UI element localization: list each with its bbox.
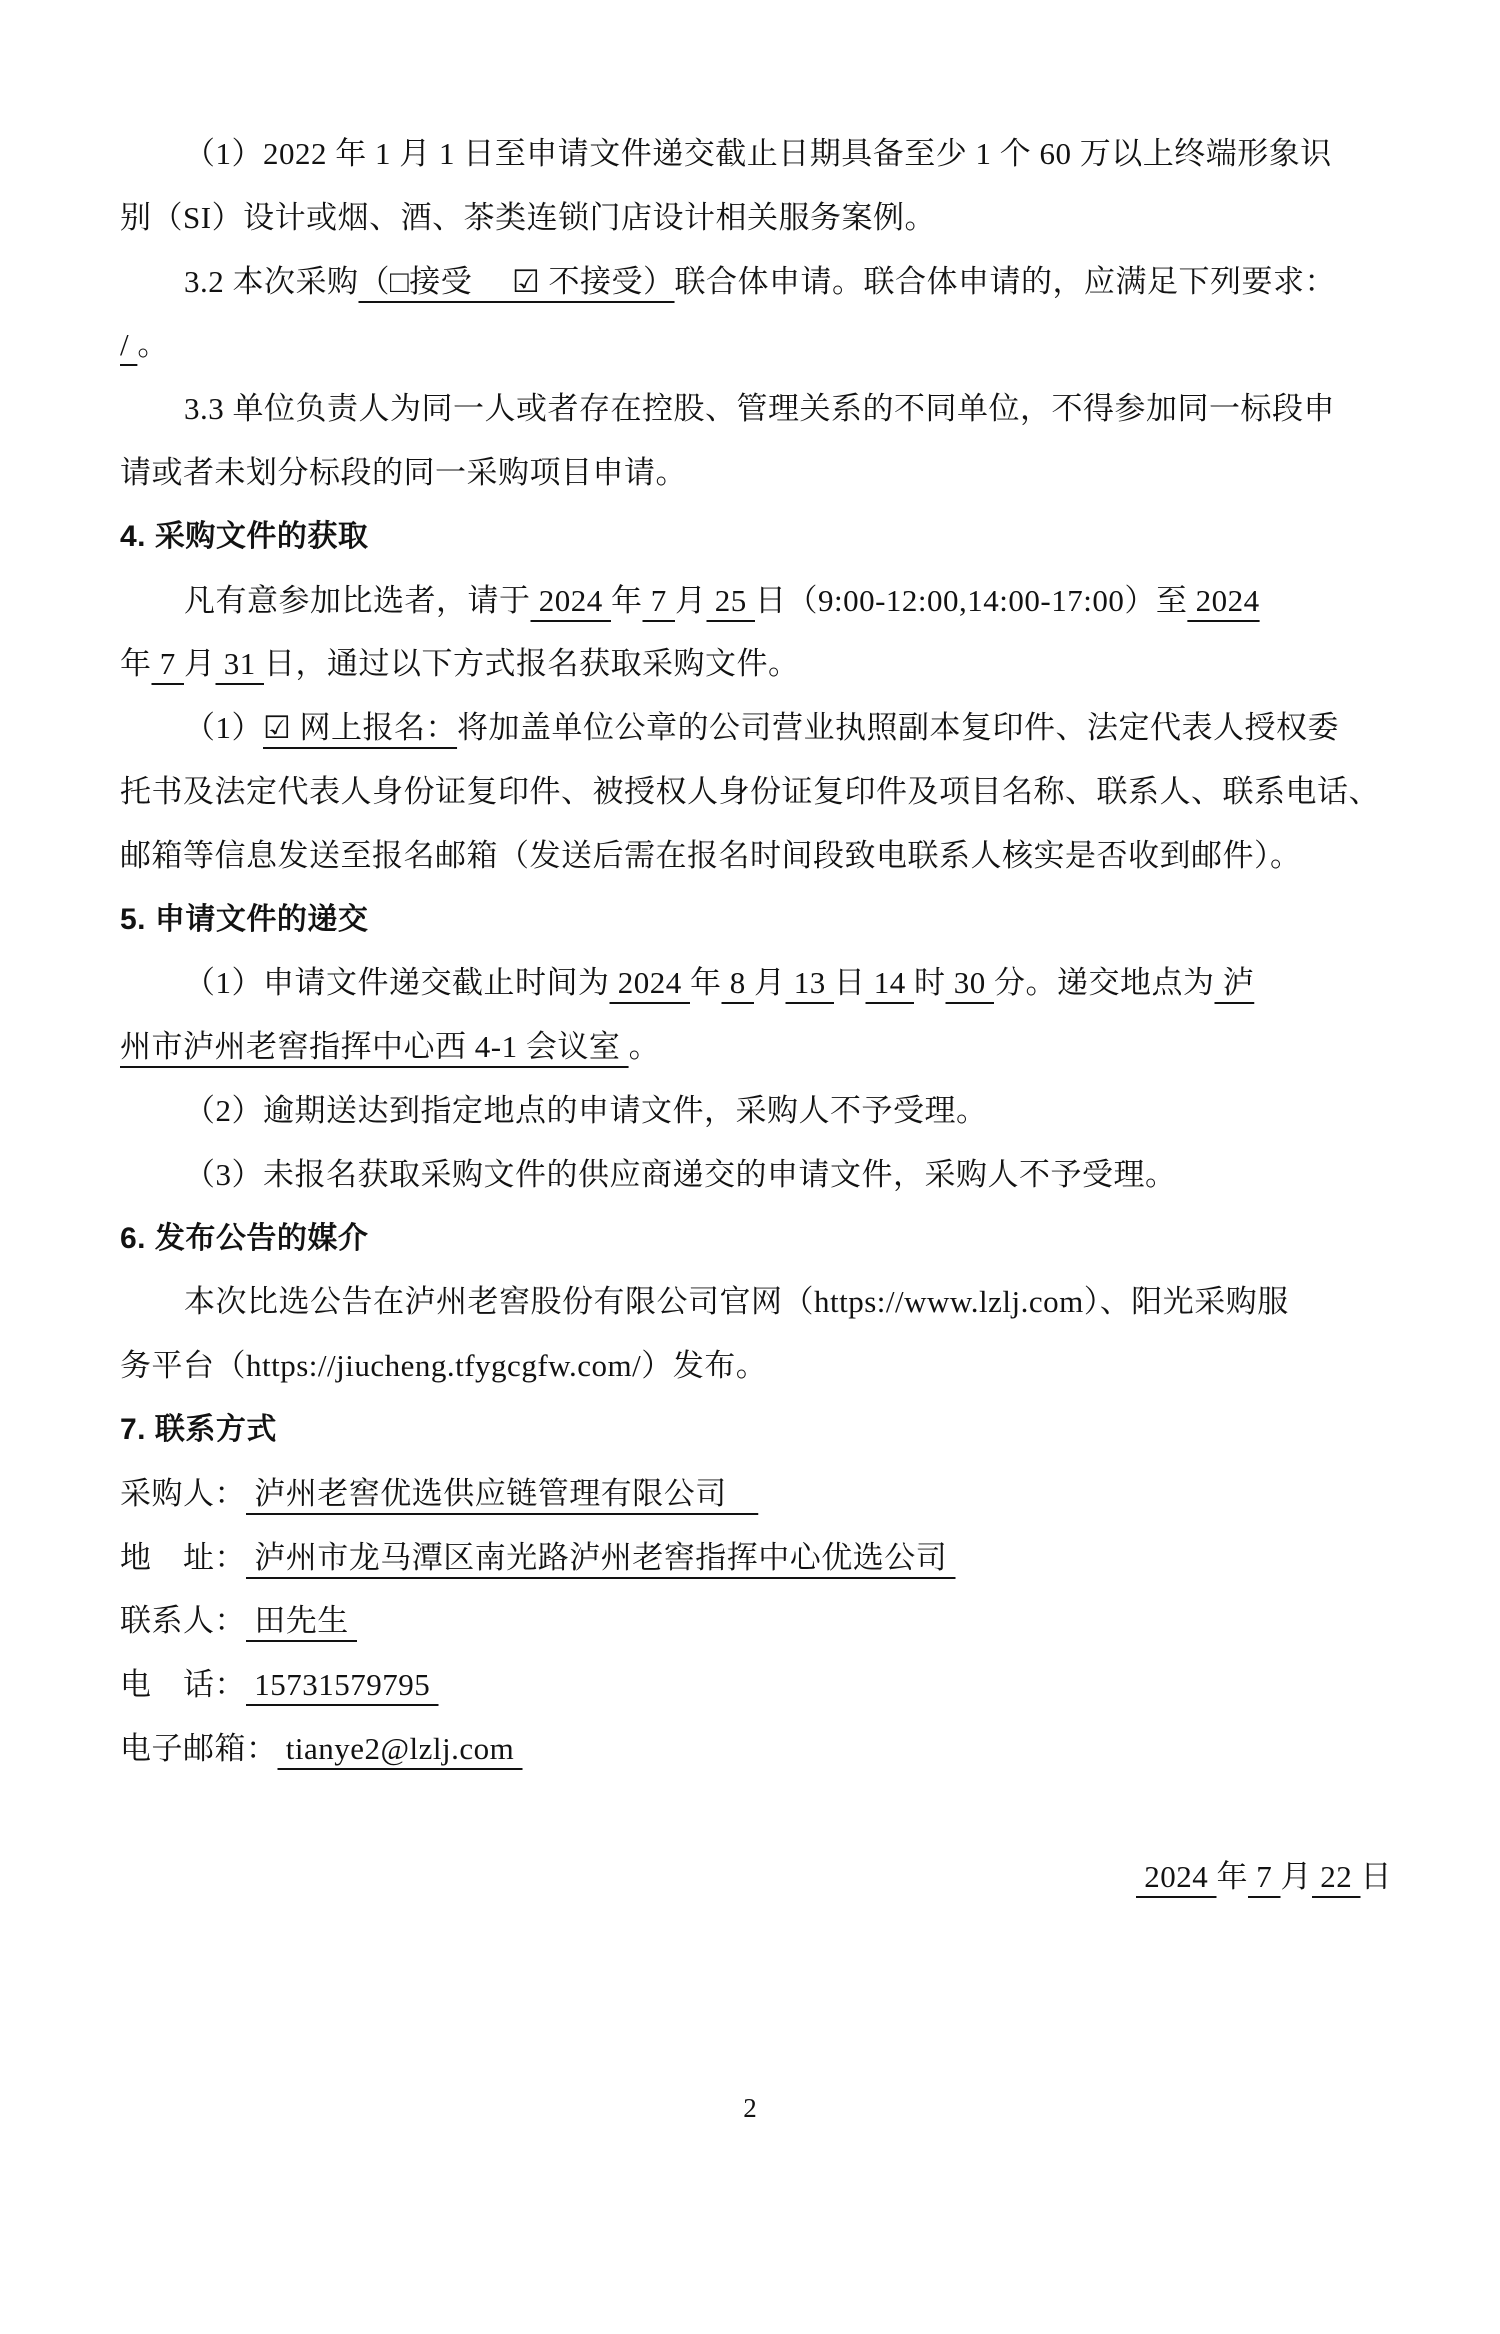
blank-fill-segment: 22 <box>1312 1859 1361 1894</box>
blank-fill-segment: 13 <box>786 965 835 1000</box>
clause-3-1-line-1: （1）2022 年 1 月 1 日至申请文件递交截止日期具备至少 1 个 60 … <box>120 122 1392 186</box>
text-segment: 托书及法定代表人身份证复印件、被授权人身份证复印件及项目名称、联系人、联系电话、 <box>120 774 1380 809</box>
text-segment: 日，通过以下方式报名获取采购文件。 <box>264 646 800 681</box>
text-segment: 分。递交地点为 <box>994 965 1215 1000</box>
text-segment: 5. 申请文件的递交 <box>120 903 368 936</box>
page-number: 2 <box>0 2093 1500 2124</box>
blank-fill-segment: 15731579795 <box>246 1667 439 1702</box>
text-segment: 年 <box>690 965 722 1000</box>
blank-fill-segment: 25 <box>707 583 756 618</box>
text-segment: 联系人： <box>120 1603 246 1638</box>
signature-date-line: 2024 年 7 月 22 日 <box>120 1845 1392 1909</box>
text-segment: 月 <box>754 965 786 1000</box>
text-segment: （3）未报名获取采购文件的供应商递交的申请文件，采购人不予受理。 <box>184 1157 1177 1192</box>
clause-4-1-line-1: 凡有意参加比选者，请于 2024 年 7 月 25 日（9:00-12:00,1… <box>120 569 1392 633</box>
blank-fill-segment: 泸州老窖优选供应链管理有限公司 <box>246 1476 758 1511</box>
text-segment: 3.3 单位负责人为同一人或者存在控股、管理关系的不同单位，不得参加同一标段申 <box>184 391 1335 426</box>
text-segment: 。 <box>137 327 169 362</box>
blank-fill-segment: 14 <box>866 965 915 1000</box>
clause-5-1-line-2: 州市泸州老窖指挥中心西 4-1 会议室 。 <box>120 1015 1392 1079</box>
clause-3-2-answer-line: / 。 <box>120 313 1392 377</box>
text-segment: 4. 采购文件的获取 <box>120 520 368 553</box>
text-segment: 。 <box>629 1029 661 1064</box>
text-segment: 邮箱等信息发送至报名邮箱（发送后需在报名时间段致电联系人核实是否收到邮件）。 <box>120 838 1302 873</box>
checkbox-text-segment: （□接受 ☑ 不接受） <box>359 264 675 299</box>
text-segment: 年 <box>1217 1859 1249 1894</box>
text-segment: 日 <box>1361 1859 1393 1894</box>
section-7-heading: 7. 联系方式 <box>120 1398 1392 1462</box>
text-segment: 本次比选公告在泸州老窖股份有限公司官网（https://www.lzlj.com… <box>184 1284 1289 1319</box>
blank-fill-segment: tianye2@lzlj.com <box>278 1731 523 1766</box>
contact-buyer-line: 采购人： 泸州老窖优选供应链管理有限公司 <box>120 1462 1392 1526</box>
blank-fill-segment: 2024 <box>1187 583 1259 618</box>
blank-fill-segment: 田先生 <box>246 1603 357 1638</box>
blank-fill-segment: 2024 <box>531 583 612 618</box>
text-segment: 月 <box>1281 1859 1313 1894</box>
blank-fill-segment: 泸 <box>1215 965 1255 1000</box>
text-segment: 时 <box>914 965 946 1000</box>
text-segment: 年 <box>120 646 152 681</box>
blank-fill-segment: 31 <box>216 646 265 681</box>
blank-fill-segment: 2024 <box>610 965 691 1000</box>
document-body: （1）2022 年 1 月 1 日至申请文件递交截止日期具备至少 1 个 60 … <box>120 122 1392 1908</box>
blank-fill-segment: 8 <box>722 965 755 1000</box>
text-segment: 年 <box>611 583 643 618</box>
text-segment: （2）逾期送达到指定地点的申请文件，采购人不予受理。 <box>184 1093 988 1128</box>
text-segment: 6. 发布公告的媒介 <box>120 1222 368 1255</box>
blank-fill-segment: 2024 <box>1136 1859 1217 1894</box>
contact-phone-line: 电 话： 15731579795 <box>120 1653 1392 1717</box>
blank-fill-segment: / <box>120 327 137 362</box>
blank-fill-segment: 州市泸州老窖指挥中心西 4-1 会议室 <box>120 1029 629 1064</box>
clause-4-2-line-3: 邮箱等信息发送至报名邮箱（发送后需在报名时间段致电联系人核实是否收到邮件）。 <box>120 824 1392 888</box>
text-segment: 3.2 本次采购 <box>184 264 359 299</box>
contact-person-line: 联系人： 田先生 <box>120 1589 1392 1653</box>
clause-3-3-line-1: 3.3 单位负责人为同一人或者存在控股、管理关系的不同单位，不得参加同一标段申 <box>120 377 1392 441</box>
text-segment: 务平台（https://jiucheng.tfygcgfw.com/）发布。 <box>120 1348 767 1383</box>
blank-fill-segment: 7 <box>643 583 676 618</box>
text-segment: 将加盖单位公章的公司营业执照副本复印件、法定代表人授权委 <box>457 710 1339 745</box>
text-segment: 7. 联系方式 <box>120 1413 277 1446</box>
clause-3-3-line-2: 请或者未划分标段的同一采购项目申请。 <box>120 441 1392 505</box>
section-4-heading: 4. 采购文件的获取 <box>120 505 1392 569</box>
text-segment: 请或者未划分标段的同一采购项目申请。 <box>120 455 687 490</box>
clause-3-1-line-2: 别（SI）设计或烟、酒、茶类连锁门店设计相关服务案例。 <box>120 186 1392 250</box>
text-segment: 地 址： <box>120 1540 246 1575</box>
text-segment: 电 话： <box>120 1667 246 1702</box>
clause-6-line-2: 务平台（https://jiucheng.tfygcgfw.com/）发布。 <box>120 1334 1392 1398</box>
section-6-heading: 6. 发布公告的媒介 <box>120 1207 1392 1271</box>
blank-fill-segment: 7 <box>1248 1859 1281 1894</box>
clause-5-1-line-1: （1）申请文件递交截止时间为 2024 年 8 月 13 日 14 时 30 分… <box>120 951 1392 1015</box>
checkbox-text-segment: ☑ 网上报名： <box>263 710 457 745</box>
text-segment: 联合体申请。联合体申请的，应满足下列要求： <box>675 264 1337 299</box>
blank-fill-segment: 7 <box>152 646 185 681</box>
text-segment: （1） <box>184 710 263 745</box>
text-segment: 月 <box>675 583 707 618</box>
text-segment: 别（SI）设计或烟、酒、茶类连锁门店设计相关服务案例。 <box>120 200 936 235</box>
clause-5-3-line: （3）未报名获取采购文件的供应商递交的申请文件，采购人不予受理。 <box>120 1143 1392 1207</box>
blank-fill-segment: 泸州市龙马潭区南光路泸州老窖指挥中心优选公司 <box>246 1540 956 1575</box>
section-5-heading: 5. 申请文件的递交 <box>120 888 1392 952</box>
text-segment: 采购人： <box>120 1476 246 1511</box>
text-segment: 日（9:00-12:00,14:00-17:00）至 <box>755 583 1187 618</box>
clause-3-2-line: 3.2 本次采购（□接受 ☑ 不接受）联合体申请。联合体申请的，应满足下列要求： <box>120 250 1392 314</box>
clause-4-1-line-2: 年 7 月 31 日，通过以下方式报名获取采购文件。 <box>120 632 1392 696</box>
clause-4-2-line-1: （1）☑ 网上报名：将加盖单位公章的公司营业执照副本复印件、法定代表人授权委 <box>120 696 1392 760</box>
contact-email-line: 电子邮箱： tianye2@lzlj.com <box>120 1717 1392 1781</box>
text-segment: 电子邮箱： <box>120 1731 278 1766</box>
document-page: （1）2022 年 1 月 1 日至申请文件递交截止日期具备至少 1 个 60 … <box>0 0 1500 2334</box>
text-segment: 月 <box>184 646 216 681</box>
blank-fill-segment: 30 <box>946 965 995 1000</box>
spacer-line <box>120 1781 1392 1845</box>
text-segment: 日 <box>834 965 866 1000</box>
text-segment: （1）申请文件递交截止时间为 <box>184 965 610 1000</box>
clause-4-2-line-2: 托书及法定代表人身份证复印件、被授权人身份证复印件及项目名称、联系人、联系电话、 <box>120 760 1392 824</box>
text-segment: 凡有意参加比选者，请于 <box>184 583 531 618</box>
clause-6-line-1: 本次比选公告在泸州老窖股份有限公司官网（https://www.lzlj.com… <box>120 1270 1392 1334</box>
contact-address-line: 地 址： 泸州市龙马潭区南光路泸州老窖指挥中心优选公司 <box>120 1526 1392 1590</box>
clause-5-2-line: （2）逾期送达到指定地点的申请文件，采购人不予受理。 <box>120 1079 1392 1143</box>
text-segment: （1）2022 年 1 月 1 日至申请文件递交截止日期具备至少 1 个 60 … <box>184 136 1332 171</box>
